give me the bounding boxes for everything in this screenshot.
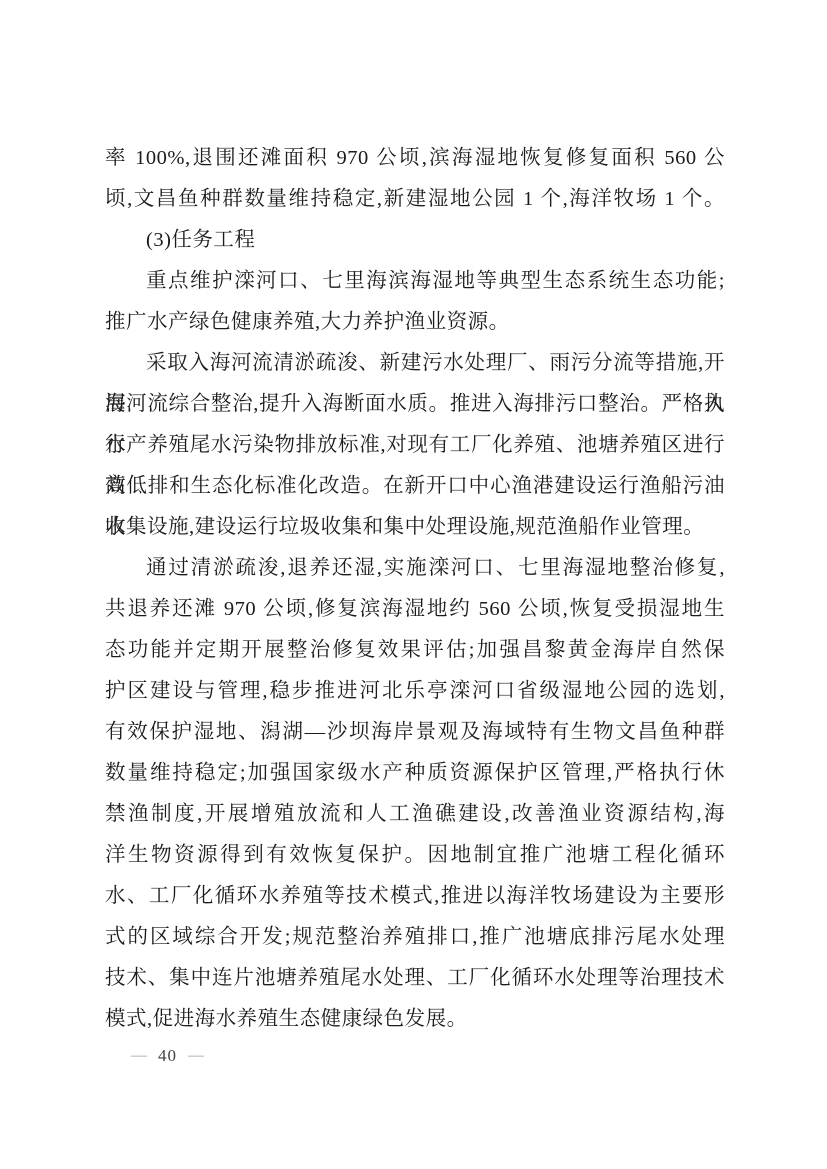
text-line: 采取入海河流清淤疏浚、新建污水处理厂、雨污分流等措施,开展入 [105, 343, 725, 384]
text-line: 护区建设与管理,稳步推进河北乐亭滦河口省级湿地公园的选划, [105, 671, 725, 712]
section-heading: (3)任务工程 [105, 220, 725, 261]
text-line: 收集设施,建设运行垃圾收集和集中处理设施,规范渔船作业管理。 [105, 507, 725, 548]
text-line: 海河流综合整治,提升入海断面水质。推进入海排污口整治。严格执行 [105, 384, 725, 425]
text-line: 洋生物资源得到有效恢复保护。因地制宜推广池塘工程化循环 [105, 835, 725, 876]
text-line: 模式,促进海水养殖生态健康绿色发展。 [105, 999, 725, 1040]
text-line: 有效保护湿地、潟湖—沙坝海岸景观及海域特有生物文昌鱼种群 [105, 712, 725, 753]
text-line: 水、工厂化循环水养殖等技术模式,推进以海洋牧场建设为主要形 [105, 876, 725, 917]
footer-dash-left: — [131, 1048, 147, 1064]
text-line: 技术、集中连片池塘养殖尾水处理、工厂化循环水处理等治理技术 [105, 958, 725, 999]
text-line: 率 100%,退围还滩面积 970 公顷,滨海湿地恢复修复面积 560 公 [105, 138, 725, 179]
footer-dash-right: — [188, 1048, 204, 1064]
text-line: 式的区域综合开发;规范整治养殖排口,推广池塘底排污尾水处理 [105, 917, 725, 958]
text-line: 态功能并定期开展整治修复效果评估;加强昌黎黄金海岸自然保 [105, 630, 725, 671]
text-line: 通过清淤疏浚,退养还湿,实施滦河口、七里海湿地整治修复, [105, 548, 725, 589]
document-body: 率 100%,退围还滩面积 970 公顷,滨海湿地恢复修复面积 560 公 顷,… [105, 138, 725, 1040]
document-page: 率 100%,退围还滩面积 970 公顷,滨海湿地恢复修复面积 560 公 顷,… [0, 0, 827, 1169]
text-line: 禁渔制度,开展增殖放流和人工渔礁建设,改善渔业资源结构,海 [105, 794, 725, 835]
text-line: 水产养殖尾水污染物排放标准,对现有工厂化养殖、池塘养殖区进行高 [105, 425, 725, 466]
text-line: 重点维护滦河口、七里海滨海湿地等典型生态系统生态功能; [105, 261, 725, 302]
text-line: 数量维持稳定;加强国家级水产种质资源保护区管理,严格执行休 [105, 753, 725, 794]
text-line: 共退养还滩 970 公顷,修复滨海湿地约 560 公顷,恢复受损湿地生 [105, 589, 725, 630]
text-line: 顷,文昌鱼种群数量维持稳定,新建湿地公园 1 个,海洋牧场 1 个。 [105, 179, 725, 220]
text-line: 效低排和生态化标准化改造。在新开口中心渔港建设运行渔船污油水 [105, 466, 725, 507]
page-footer: — 40 — [131, 1044, 204, 1068]
text-line: 推广水产绿色健康养殖,大力养护渔业资源。 [105, 302, 725, 343]
page-number: 40 [158, 1046, 177, 1066]
